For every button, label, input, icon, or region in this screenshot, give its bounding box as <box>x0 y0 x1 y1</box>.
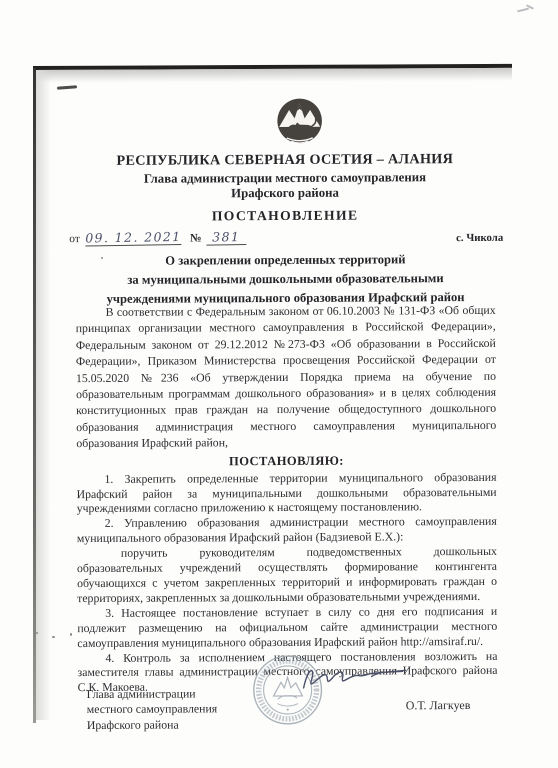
handwritten-signature <box>297 657 421 700</box>
letterhead: РЕСПУБЛИКА СЕВЕРНАЯ ОСЕТИЯ – АЛАНИЯ Глав… <box>69 151 501 202</box>
item-2-subparagraph: поручить руководителям подведомственных … <box>77 544 497 606</box>
item-3: 3. Настоящее постановление вступает в си… <box>77 604 497 651</box>
handwritten-number: 381 <box>206 229 246 246</box>
signatory-title: Глава администрации местного самоуправле… <box>87 686 218 733</box>
coat-of-arms-emblem-icon <box>276 97 324 145</box>
republic-name: РЕСПУБЛИКА СЕВЕРНАЯ ОСЕТИЯ – АЛАНИЯ <box>69 151 501 170</box>
date-label: от <box>69 233 80 245</box>
scanned-page: РЕСПУБЛИКА СЕВЕРНАЯ ОСЕТИЯ – АЛАНИЯ Глав… <box>0 0 558 768</box>
signatory-name: О.Т. Лагкуев <box>406 698 471 713</box>
preamble-paragraph: В соответствии с Федеральным законом от … <box>76 302 497 452</box>
resolution-heading: ПОСТАНОВЛЯЮ: <box>76 453 496 470</box>
item-1: 1. Закрепить определенные территории мун… <box>76 470 496 517</box>
handwritten-date: 09. 12. 2021 <box>85 229 182 247</box>
title-line1: О закреплении определенных территорий <box>69 250 501 271</box>
authority-line2: Ирафского района <box>69 185 501 202</box>
signatory-title-line2: местного самоуправления <box>87 702 218 718</box>
title-line2: за муниципальными дошкольными образовате… <box>69 269 501 290</box>
meta-row: от 09. 12. 2021 № 381 с. Чикола <box>69 228 505 250</box>
document-title: О закреплении определенных территорий за… <box>69 250 501 309</box>
place-name: с. Чикола <box>456 232 503 244</box>
item-2: 2. Управлению образования администрации … <box>77 514 497 546</box>
signatory-title-line1: Глава администрации <box>87 686 218 702</box>
number-label: № <box>190 232 202 244</box>
signatory-title-line3: Ирафского района <box>87 717 218 733</box>
document-body: В соответствии с Федеральным законом от … <box>76 302 498 695</box>
document-type-heading: ПОСТАНОВЛЕНИЕ <box>69 207 501 225</box>
